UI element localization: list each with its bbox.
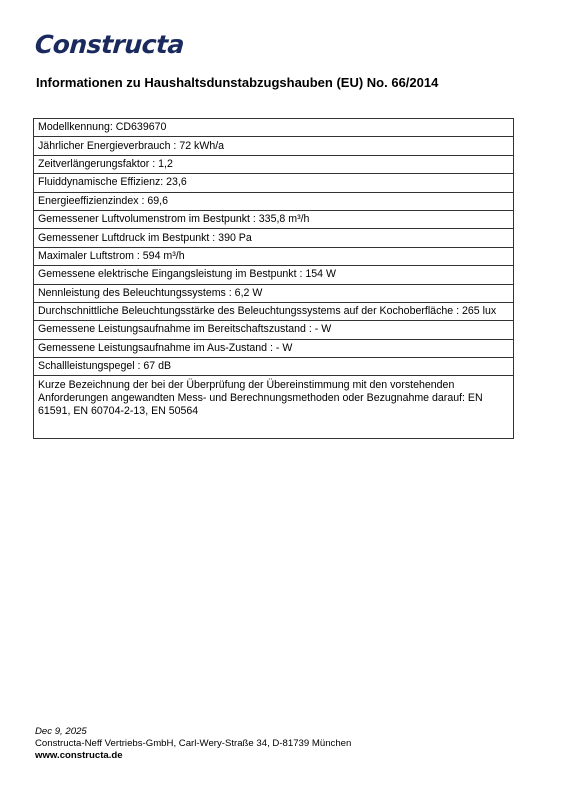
footer-date: Dec 9, 2025 bbox=[35, 726, 351, 738]
spec-electric-input-bep: Gemessene elektrische Eingangsleistung i… bbox=[34, 266, 514, 284]
spec-illumination: Durchschnittliche Beleuchtungsstärke des… bbox=[34, 302, 514, 320]
spec-model-id: Modellkennung: CD639670 bbox=[34, 119, 514, 137]
spec-measurement-methods: Kurze Bezeichnung der bei der Überprüfun… bbox=[34, 376, 514, 439]
table-row: Gemessene Leistungsaufnahme im Aus-Zusta… bbox=[34, 339, 514, 357]
table-row: Maximaler Luftstrom : 594 m³/h bbox=[34, 247, 514, 265]
table-row: Gemessener Luftdruck im Bestpunkt : 390 … bbox=[34, 229, 514, 247]
document-title: Informationen zu Haushaltsdunstabzugshau… bbox=[36, 75, 438, 91]
table-row: Jährlicher Energieverbrauch : 72 kWh/a bbox=[34, 137, 514, 155]
table-row: Nennleistung des Beleuchtungssystems : 6… bbox=[34, 284, 514, 302]
footer: Dec 9, 2025 Constructa-Neff Vertriebs-Gm… bbox=[35, 726, 351, 762]
spec-energy-efficiency-index: Energieeffizienzindex : 69,6 bbox=[34, 192, 514, 210]
table-row: Fluiddynamische Effizienz: 23,6 bbox=[34, 174, 514, 192]
table-row: Schallleistungspegel : 67 dB bbox=[34, 358, 514, 376]
spec-airflow-bep: Gemessener Luftvolumenstrom im Bestpunkt… bbox=[34, 210, 514, 228]
spec-fluid-efficiency: Fluiddynamische Effizienz: 23,6 bbox=[34, 174, 514, 192]
footer-address: Constructa-Neff Vertriebs-GmbH, Carl-Wer… bbox=[35, 738, 351, 750]
table-row: Kurze Bezeichnung der bei der Überprüfun… bbox=[34, 376, 514, 439]
spec-time-increase-factor: Zeitverlängerungsfaktor : 1,2 bbox=[34, 155, 514, 173]
table-row: Zeitverlängerungsfaktor : 1,2 bbox=[34, 155, 514, 173]
table-row: Gemessener Luftvolumenstrom im Bestpunkt… bbox=[34, 210, 514, 228]
spec-air-pressure-bep: Gemessener Luftdruck im Bestpunkt : 390 … bbox=[34, 229, 514, 247]
footer-website-link[interactable]: www.constructa.de bbox=[35, 750, 351, 762]
table-row: Modellkennung: CD639670 bbox=[34, 119, 514, 137]
table-row: Gemessene Leistungsaufnahme im Bereitsch… bbox=[34, 321, 514, 339]
spec-sound-power: Schallleistungspegel : 67 dB bbox=[34, 358, 514, 376]
constructa-logo: Constructa bbox=[34, 32, 185, 57]
spec-annual-energy: Jährlicher Energieverbrauch : 72 kWh/a bbox=[34, 137, 514, 155]
spec-max-airflow: Maximaler Luftstrom : 594 m³/h bbox=[34, 247, 514, 265]
table-row: Durchschnittliche Beleuchtungsstärke des… bbox=[34, 302, 514, 320]
spec-off-mode-power: Gemessene Leistungsaufnahme im Aus-Zusta… bbox=[34, 339, 514, 357]
spec-standby-power: Gemessene Leistungsaufnahme im Bereitsch… bbox=[34, 321, 514, 339]
spec-lighting-power: Nennleistung des Beleuchtungssystems : 6… bbox=[34, 284, 514, 302]
table-row: Gemessene elektrische Eingangsleistung i… bbox=[34, 266, 514, 284]
table-row: Energieeffizienzindex : 69,6 bbox=[34, 192, 514, 210]
spec-table: Modellkennung: CD639670 Jährlicher Energ… bbox=[33, 118, 514, 439]
